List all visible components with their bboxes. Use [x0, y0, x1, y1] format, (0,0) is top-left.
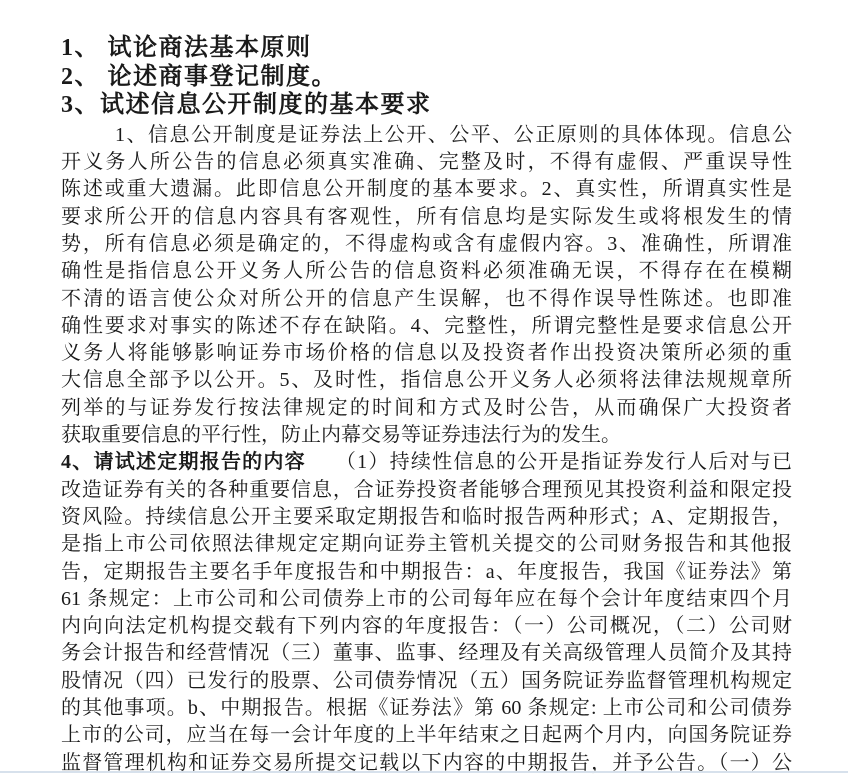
question4-first-line: 4、请试述定期报告的内容（1）持续性信息的公开是指证券发行人后对与已	[61, 449, 792, 476]
answer3-line: 获取重要信息的平行性，防止内幕交易等证券违法行为的发生。	[61, 422, 792, 449]
question4-line: 股情况（四）已发行的股票、公司债券情况（五）国务院证券监督管理机构规定	[61, 668, 792, 695]
document-content: 1、 试论商法基本原则 2、 论述商事登记制度。 3、试述信息公开制度的基本要求…	[0, 0, 848, 776]
question4-line: 是指上市公司依照法律规定定期向证券主管机关提交的公司财务报告和其他报	[61, 531, 792, 558]
question-item-2: 2、 论述商事登记制度。	[61, 63, 792, 92]
bottom-divider	[0, 771, 848, 773]
answer3-line: 义务人将能够影响证券市场价格的信息以及投资者作出投资决策所必须的重	[61, 340, 792, 367]
answer3-line: 要求所公开的信息内容具有客观性，所有信息均是实际发生或将根发生的情	[61, 204, 792, 231]
question4-line: 资风险。持续信息公开主要采取定期报告和临时报告两种形式；A、定期报告，	[61, 504, 792, 531]
answer3-line: 列举的与证券发行按法律规定的时间和方式及时公告，从而确保广大投资者	[61, 395, 792, 422]
question4-paragraph: 4、请试述定期报告的内容（1）持续性信息的公开是指证券发行人后对与已 改造证券有…	[61, 449, 792, 776]
question4-line: 上市的公司，应当在每一会计年度的上半年结束之日起两个月内，向国务院证券	[61, 722, 792, 749]
question4-line: 的其他事项。b、中期报告。根据《证券法》第 60 条规定: 上市公司和公司债券	[61, 695, 792, 722]
answer3-line: 不清的语言使公众对所公开的信息产生误解，也不得作误导性陈述。也即准	[61, 286, 792, 313]
question-item-3: 3、试述信息公开制度的基本要求	[61, 91, 792, 120]
question4-line: 改造证券有关的各种重要信息，合证券投资者能够合理预见其投资利益和限定投	[61, 477, 792, 504]
question4-line: 61 条规定：上市公司和公司债券上市的公司每年应在每个会计年度结束四个月	[61, 586, 792, 613]
question-item-1: 1、 试论商法基本原则	[61, 34, 792, 63]
question4-first-line-text: （1）持续性信息的公开是指证券发行人后对与已	[336, 451, 792, 473]
answer3-line: 1、信息公开制度是证券法上公开、公平、公正原则的具体体现。信息公	[61, 122, 792, 149]
answer3-line: 开义务人所公告的信息必须真实准确、完整及时，不得有虚假、严重误导性	[61, 149, 792, 176]
question4-line: 内向向法定机构提交载有下列内容的年度报告：（一）公司概况，（二）公司财	[61, 613, 792, 640]
answer3-line: 确性是指信息公开义务人所公告的信息资料必须准确无误，不得存在在模糊	[61, 258, 792, 285]
document-page: 1、 试论商法基本原则 2、 论述商事登记制度。 3、试述信息公开制度的基本要求…	[0, 0, 848, 776]
question4-heading: 4、请试述定期报告的内容	[61, 451, 306, 473]
answer3-line: 确性要求对事实的陈述不存在缺陷。4、完整性，所谓完整性是要求信息公开	[61, 313, 792, 340]
answer3-line: 大信息全部予以公开。5、及时性，指信息公开义务人必须将法律法规规章所	[61, 367, 792, 394]
question4-line: 告，定期报告主要名手年度报告和中期报告：a、年度报告，我国《证券法》第	[61, 559, 792, 586]
answer3-line: 势，所有信息必须是确定的，不得虚构或含有虚假内容。3、准确性，所谓准	[61, 231, 792, 258]
question4-line: 务会计报告和经营情况（三）董事、监事、经理及有关高级管理人员简介及其持	[61, 640, 792, 667]
question-list: 1、 试论商法基本原则 2、 论述商事登记制度。 3、试述信息公开制度的基本要求	[61, 34, 792, 120]
answer3-line: 陈述或重大遗漏。此即信息公开制度的基本要求。2、真实性，所谓真实性是	[61, 176, 792, 203]
answer3-paragraph: 1、信息公开制度是证券法上公开、公平、公正原则的具体体现。信息公开义务人所公告的…	[61, 122, 792, 450]
